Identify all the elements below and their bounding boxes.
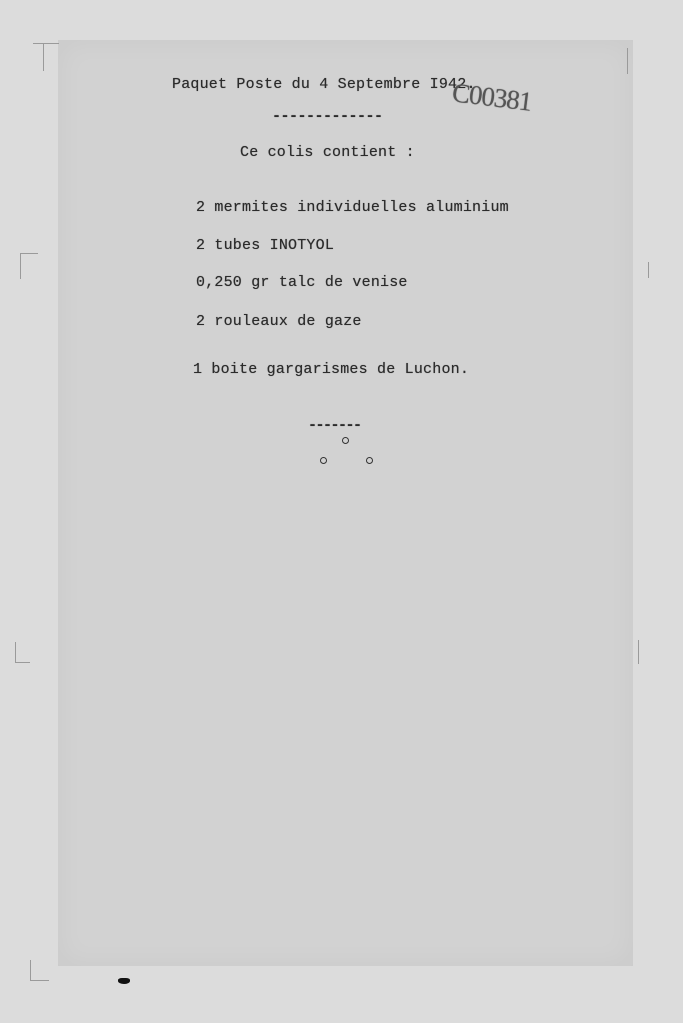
list-item: 0,250 gr talc de venise: [196, 274, 408, 291]
contents-intro: Ce colis contient :: [240, 144, 415, 161]
crop-mark-top-left: [33, 43, 59, 44]
crop-mark-bottom-left: [30, 960, 49, 981]
crop-mark-top-left-vertical: [43, 43, 44, 71]
crop-mark-right-upper: [648, 262, 649, 278]
list-item: 1 boite gargarismes de Luchon.: [193, 361, 469, 378]
separator-top: -------------: [272, 108, 383, 125]
ink-blot: [118, 978, 130, 984]
list-item: 2 tubes INOTYOL: [196, 237, 334, 254]
separator-bottom: -------: [308, 417, 361, 434]
crop-mark-top-right: [627, 48, 628, 74]
circle-icon: [320, 457, 327, 464]
circle-icon: [366, 457, 373, 464]
list-item: 2 rouleaux de gaze: [196, 313, 362, 330]
crop-mark-right-lower: [638, 640, 639, 664]
document-title: Paquet Poste du 4 Septembre I942.: [172, 76, 476, 93]
document-page: [58, 40, 633, 966]
list-item: 2 mermites individuelles aluminium: [196, 199, 509, 216]
crop-mark-left-upper: [20, 253, 38, 279]
crop-mark-left-lower: [15, 642, 30, 663]
circle-icon: [342, 437, 349, 444]
